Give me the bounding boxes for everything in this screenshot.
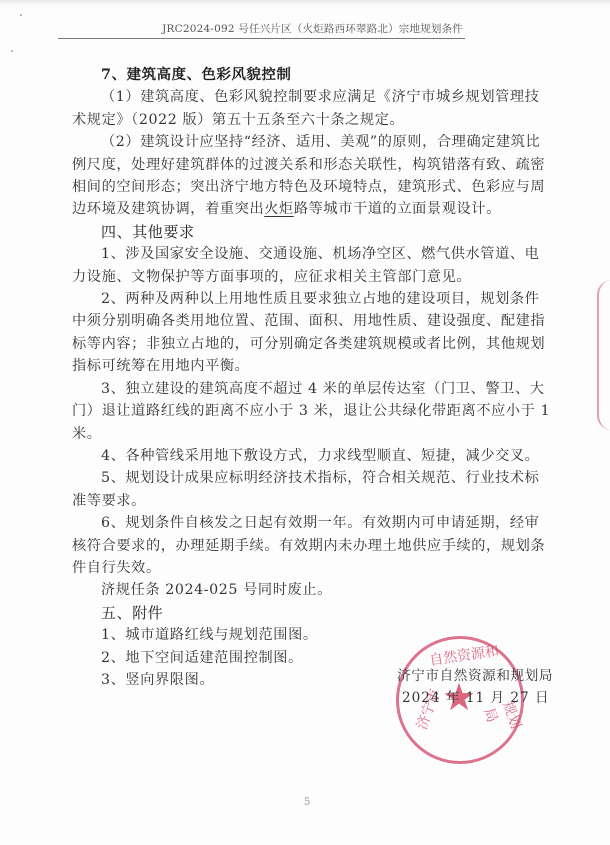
- scan-speck: [11, 50, 13, 52]
- list-item: 4、各种管线采用地下敷设方式，力求线型顺直、短捷，减少交叉。: [72, 445, 508, 467]
- section-4-heading: 四、其他要求: [72, 221, 508, 243]
- underlined-road-name: 火炬: [264, 201, 294, 217]
- list-item: 1、涉及国家安全设施、交通设施、机场净空区、燃气供水管道、电: [72, 243, 508, 265]
- header-rule: [58, 38, 465, 39]
- document-page: JRC2024-092 号任兴片区（火炬路西环翠路北）宗地规划条件 7、建筑高度…: [0, 0, 610, 845]
- partial-seam-seal: [597, 280, 610, 430]
- list-item-continuation: 力设施、文物保护等方面事项的，应征求相关主管部门意见。: [72, 266, 508, 288]
- page-number: 5: [304, 797, 310, 808]
- section-7-heading: 7、建筑高度、色彩风貌控制: [72, 64, 508, 86]
- list-item: 6、规划条件自核发之日起有效期一年。有效期内可申请延期，经审: [72, 512, 508, 534]
- paragraph-line: 边环境及建筑协调，着重突出火炬路等城市干道的立面景观设计。: [72, 198, 508, 220]
- list-item: 5、规划设计成果应标明经济技术指标，符合相关规范、行业技术标: [72, 467, 508, 489]
- paragraph-line: 术规定》（2022 版）第五十五条至六十条之规定。: [72, 109, 508, 131]
- list-item-continuation: 核符合要求的，办理延期手续。有效期内未办理土地供应手续的，规划条: [72, 535, 508, 557]
- list-item-continuation: 门）退让道路红线的距离不应小于 3 米，退让公共绿化带距离不应小于 1: [72, 400, 508, 422]
- section-5-heading: 五、附件: [72, 602, 508, 624]
- list-item-continuation: 准等要求。: [72, 490, 508, 512]
- list-item-continuation: 指标可统筹在用地内平衡。: [72, 355, 508, 377]
- paragraph-line: （2）建筑设计应坚持“经济、适用、美观”的原则，合理确定建筑比: [72, 131, 508, 153]
- paragraph-line: 相间的空间形态；突出济宁地方特色及环境特点，建筑形式、色彩应与周: [72, 176, 508, 198]
- list-item-continuation: 标等内容；非独立占地的，可分别确定各类建筑规模或者比例，其他规划: [72, 333, 508, 355]
- list-item: 2、两种及两种以上用地性质且要求独立占地的建设项目，规划条件: [72, 288, 508, 310]
- text-run: 边环境及建筑协调，着重突出: [72, 201, 264, 217]
- list-item-continuation: 米。: [72, 423, 508, 445]
- issue-date: 2024 年 11 月 27 日: [402, 686, 550, 706]
- scan-speck: [20, 14, 22, 16]
- paragraph-line: （1）建筑高度、色彩风貌控制要求应满足《济宁市城乡规划管理技: [72, 86, 508, 108]
- repeal-notice: 济规任条 2024-025 号同时废止。: [72, 579, 508, 601]
- paragraph-line: 例尺度，处理好建筑群体的过渡关系和形态关联性，构筑错落有致、疏密: [72, 154, 508, 176]
- list-item-continuation: 中须分别明确各类用地位置、范围、面积、用地性质、建设强度、配建指: [72, 310, 508, 332]
- issuing-organization: 济宁市自然资源和规划局: [397, 664, 553, 684]
- scan-shadow: [0, 0, 610, 6]
- list-item-continuation: 件自行失效。: [72, 557, 508, 579]
- document-body: 7、建筑高度、色彩风貌控制 （1）建筑高度、色彩风貌控制要求应满足《济宁市城乡规…: [72, 64, 508, 691]
- running-header: JRC2024-092 号任兴片区（火炬路西环翠路北）宗地规划条件: [58, 21, 463, 36]
- list-item: 3、独立建设的建筑高度不超过 4 米的单层传达室（门卫、警卫、大: [72, 378, 508, 400]
- text-run: 路等城市干道的立面景观设计。: [294, 201, 501, 217]
